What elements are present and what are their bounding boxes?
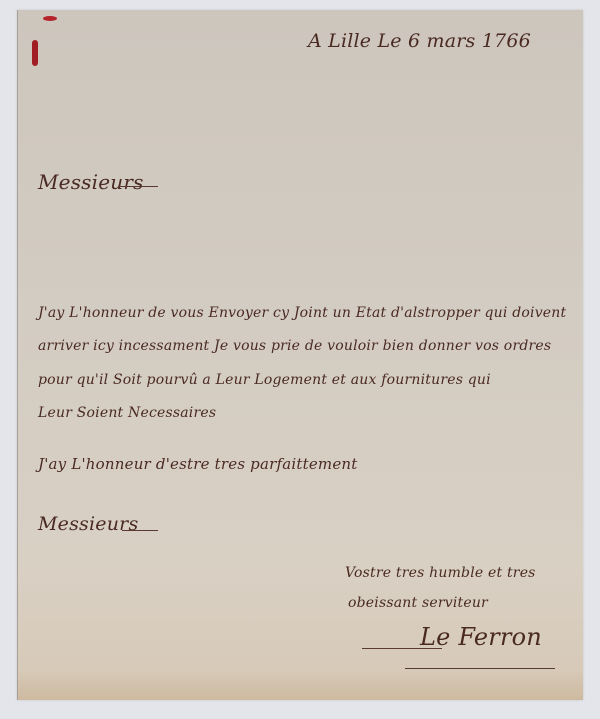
- signature-underline: [405, 668, 555, 669]
- closing-salutation: Messieurs: [38, 513, 138, 535]
- wax-seal-remnant-left: [32, 40, 38, 66]
- letter-paper: [17, 10, 583, 700]
- flourish-line: [122, 530, 158, 531]
- body-line-1: J'ay L'honneur de vous Envoyer cy Joint …: [38, 305, 566, 321]
- salutation: Messieurs: [38, 170, 144, 194]
- body-line-2: arriver icy incessament Je vous prie de …: [38, 338, 551, 354]
- body-line-4: Leur Soient Necessaires: [38, 405, 216, 421]
- wax-seal-remnant-top: [43, 16, 57, 21]
- signature: Le Ferron: [420, 623, 542, 651]
- flourish-line: [118, 186, 158, 187]
- closing-line-2: obeissant serviteur: [348, 595, 488, 611]
- body-line-3: pour qu'il Soit pourvû a Leur Logement e…: [38, 372, 491, 388]
- closing-line-1: Vostre tres humble et tres: [345, 565, 536, 581]
- body-line-5: J'ay L'honneur d'estre tres parfaittemen…: [38, 455, 358, 473]
- dateline: A Lille Le 6 mars 1766: [308, 30, 531, 52]
